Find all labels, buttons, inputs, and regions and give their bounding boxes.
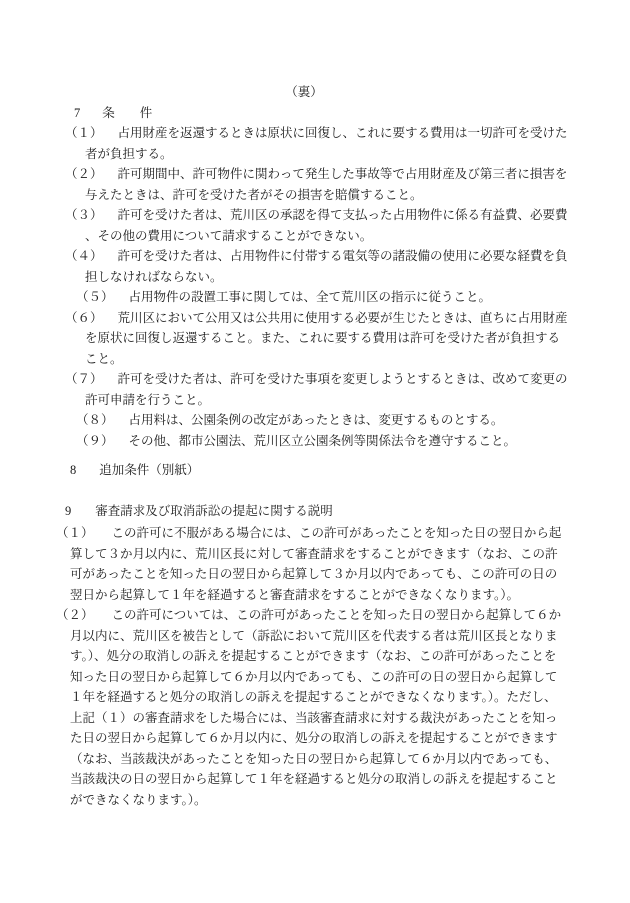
- document-page: （裏） 7条 件 （１）占用財産を返還するときは原状に回復し、これに要する費用は…: [0, 0, 630, 903]
- condition-item-5-number: （５）: [76, 290, 114, 304]
- condition-item-1-number: （１）: [65, 126, 103, 140]
- condition-item-5: （５）占用物件の設置工事に関しては、全て荒川区の指示に従うこと。: [40, 287, 568, 308]
- condition-item-4: （４）許可を受けた者は、占用物件に付帯する電気等の諸設備の使用に必要な経費を負担…: [40, 246, 568, 287]
- section-9-heading: 9審査請求及び取消訴訟の提起に関する説明: [40, 501, 568, 522]
- section-7-title: 条 件: [102, 106, 152, 120]
- appeal-item-2: （２）この許可については、この許可があったことを知った日の翌日から起算して６か月…: [40, 605, 568, 810]
- condition-item-9: （９）その他、都市公園法、荒川区立公園条例等関係法令を遵守すること。: [40, 431, 568, 452]
- condition-item-6-text: 荒川区において公用又は公共用に使用する必要が生じたときは、直ちに占用財産を原状に…: [85, 311, 568, 366]
- section-9-title: 審査請求及び取消訴訟の提起に関する説明: [95, 504, 333, 518]
- condition-item-9-text: その他、都市公園法、荒川区立公園条例等関係法令を遵守すること。: [129, 434, 517, 448]
- condition-item-2: （２）許可期間中、許可物件に関わって発生した事故等で占用財産及び第三者に損害を与…: [40, 164, 568, 205]
- condition-item-1-text: 占用財産を返還するときは原状に回復し、これに要する費用は一切許可を受けた者が負担…: [85, 126, 568, 161]
- condition-item-6: （６）荒川区において公用又は公共用に使用する必要が生じたときは、直ちに占用財産を…: [40, 308, 568, 370]
- condition-item-9-number: （９）: [76, 434, 114, 448]
- condition-item-4-text: 許可を受けた者は、占用物件に付帯する電気等の諸設備の使用に必要な経費を負担しなけ…: [85, 249, 568, 284]
- appeal-item-1-number: （１）: [56, 526, 94, 540]
- condition-item-8-text: 占用料は、公園条例の改定があったときは、変更するものとする。: [129, 413, 504, 427]
- condition-item-3-number: （３）: [65, 208, 103, 222]
- appeal-item-1-text: この許可に不服がある場合には、この許可があったことを知った日の翌日から起算して３…: [70, 526, 561, 602]
- condition-item-2-text: 許可期間中、許可物件に関わって発生した事故等で占用財産及び第三者に損害を与えたと…: [85, 167, 567, 202]
- page-side-label: （裏）: [40, 82, 568, 103]
- condition-item-7-number: （７）: [65, 372, 103, 386]
- condition-item-5-text: 占用物件の設置工事に関しては、全て荒川区の指示に従うこと。: [129, 290, 492, 304]
- condition-item-7-text: 許可を受けた者は、許可を受けた事項を変更しようとするときは、改めて変更の許可申請…: [85, 372, 568, 407]
- condition-item-6-number: （６）: [65, 311, 103, 325]
- section-8-heading: 8追加条件（別紙）: [40, 460, 568, 481]
- condition-item-4-number: （４）: [65, 249, 103, 263]
- condition-item-3: （３）許可を受けた者は、荒川区の承認を得て支払った占用物件に係る有益費、必要費、…: [40, 205, 568, 246]
- appeal-item-2-text: この許可については、この許可があったことを知った日の翌日から起算して６か月以内に…: [70, 608, 561, 807]
- condition-item-8-number: （８）: [76, 413, 114, 427]
- section-8-title: 追加条件（別紙）: [99, 463, 199, 477]
- appeal-item-1: （１）この許可に不服がある場合には、この許可があったことを知った日の翌日から起算…: [40, 523, 568, 605]
- condition-item-8: （８）占用料は、公園条例の改定があったときは、変更するものとする。: [40, 410, 568, 431]
- conditions-list: （１）占用財産を返還するときは原状に回復し、これに要する費用は一切許可を受けた者…: [40, 123, 568, 451]
- section-9-number: 9: [65, 504, 71, 518]
- appeal-item-2-number: （２）: [56, 608, 94, 622]
- condition-item-2-number: （２）: [65, 167, 103, 181]
- condition-item-1: （１）占用財産を返還するときは原状に回復し、これに要する費用は一切許可を受けた者…: [40, 123, 568, 164]
- section-7-heading: 7条 件: [40, 103, 568, 124]
- appeal-explanation-list: （１）この許可に不服がある場合には、この許可があったことを知った日の翌日から起算…: [40, 523, 568, 810]
- condition-item-3-text: 許可を受けた者は、荒川区の承認を得て支払った占用物件に係る有益費、必要費、その他…: [85, 208, 568, 243]
- section-7-number: 7: [74, 106, 80, 120]
- section-8-number: 8: [70, 463, 76, 477]
- condition-item-7: （７）許可を受けた者は、許可を受けた事項を変更しようとするときは、改めて変更の許…: [40, 369, 568, 410]
